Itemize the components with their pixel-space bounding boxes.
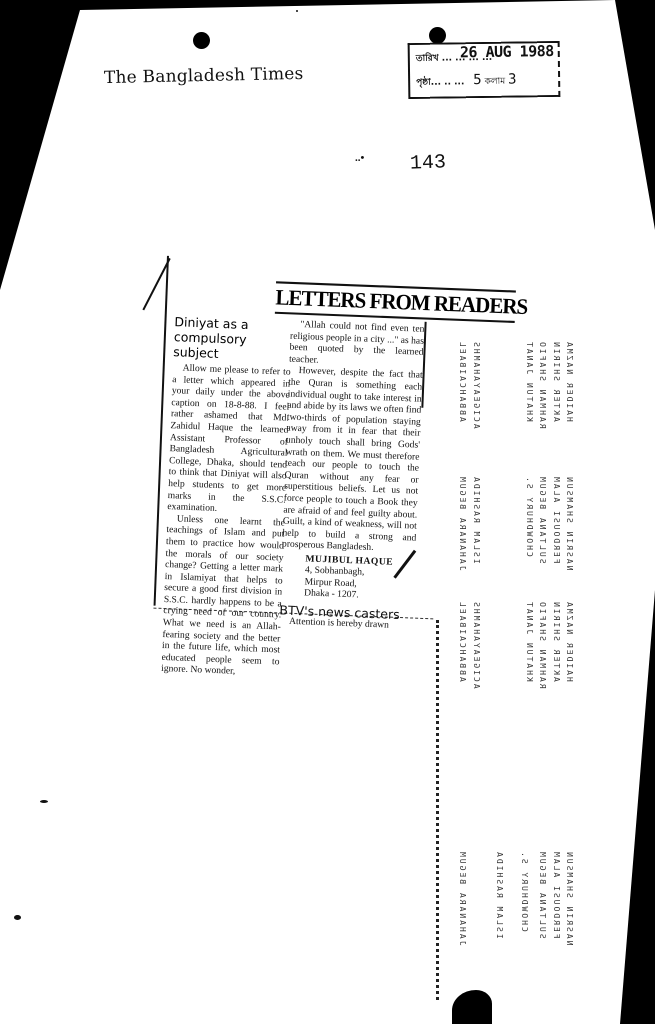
folio-number: 143 bbox=[410, 151, 447, 175]
archive-date-stamp: তারিখ ... ... ... ... 26 AUG 1988 পৃষ্ঠা… bbox=[408, 41, 561, 99]
letter-paragraph: "Allah could not find even ten religious… bbox=[289, 319, 425, 370]
stamp-page-label: পৃষ্ঠা... .. ... bbox=[416, 77, 464, 88]
bleed-through-column: ISLAM RASHIDA bbox=[472, 475, 481, 564]
bleed-through-column: SULTANA BEGUM bbox=[538, 850, 547, 939]
bleed-through-column: KHATUN JANAT bbox=[525, 600, 534, 682]
bleed-through-column: ACIGEAYAHAMHS bbox=[472, 340, 481, 429]
punch-hole-left bbox=[193, 32, 210, 49]
bleed-through-column: ISLAM RASHIDA bbox=[495, 850, 504, 939]
punch-hole-right bbox=[429, 27, 446, 44]
stamp-page-row: পৃষ্ঠা... .. ... 5 কলাম 3 bbox=[416, 72, 517, 90]
bleed-through-column: ABBAHCAIBAEL bbox=[458, 340, 467, 422]
bleed-through-column: AKTER SHIRIN bbox=[552, 600, 561, 682]
letter-headline: Diniyat as a compulsory subject bbox=[173, 314, 293, 363]
stamp-column-value: 3 bbox=[508, 72, 517, 88]
bleed-through-column: JAHANARA BEGUM bbox=[458, 475, 467, 570]
letter-paragraph: Unless one learnt the teachings of Islam… bbox=[161, 513, 285, 680]
bleed-through-column: FERDOUSI ALAM bbox=[552, 475, 561, 564]
bleed-through-column: CHOWDHURY S. bbox=[520, 850, 529, 932]
scan-speck bbox=[40, 800, 48, 803]
stamp-page-value: 5 bbox=[473, 72, 482, 88]
bleed-through-column: ABBAHCAIBAEL bbox=[458, 600, 467, 682]
stamp-column-label: কলাম bbox=[484, 77, 505, 87]
scan-speck bbox=[296, 10, 298, 12]
bleed-through-column: FERDOUSI ALAM bbox=[552, 850, 561, 939]
bleed-through-column: HAIDER NAZMA bbox=[565, 340, 574, 422]
stamp-date-value: 26 AUG 1988 bbox=[460, 42, 554, 61]
bleed-through-column: HAIDER NAZMA bbox=[565, 600, 574, 682]
letter-column-right: "Allah could not find even ten religious… bbox=[279, 319, 425, 633]
bleed-through-column: AKTER SHIRIN bbox=[552, 340, 561, 422]
folio-mark: ..• bbox=[355, 152, 364, 164]
newspaper-clipping: LETTERS FROM READERS Diniyat as a compul… bbox=[131, 255, 445, 636]
letter-paragraph: Allow me please to refer to a letter whi… bbox=[167, 362, 291, 517]
scan-speck bbox=[14, 915, 21, 920]
bleed-through-column: SULTANA BEGUM bbox=[538, 475, 547, 564]
scan-blot bbox=[452, 990, 492, 1024]
bleed-through-column: RAHMAN SHAFIO bbox=[538, 340, 547, 429]
bleed-through-column: ACIGEAYAHAMHS bbox=[472, 600, 481, 689]
bleed-through-dotted-rule bbox=[436, 620, 443, 1000]
letter-column-left: Diniyat as a compulsory subject Allow me… bbox=[161, 314, 293, 679]
letter-paragraph: However, despite the fact that the Quran… bbox=[282, 365, 423, 556]
newspaper-masthead: The Bangladesh Times bbox=[104, 64, 304, 88]
bleed-through-column: KHATUN JANAT bbox=[525, 340, 534, 422]
bleed-through-column: CHOWDHURY S. bbox=[525, 475, 534, 557]
bleed-through-column: JAHANARA BEGUM bbox=[458, 850, 467, 945]
bleed-through-column: NASRIN SHAMSUN bbox=[565, 475, 574, 570]
bleed-through-column: RAHMAN SHAFIO bbox=[538, 600, 547, 689]
bleed-through-column: NASRIN SHAMSUN bbox=[565, 850, 574, 945]
